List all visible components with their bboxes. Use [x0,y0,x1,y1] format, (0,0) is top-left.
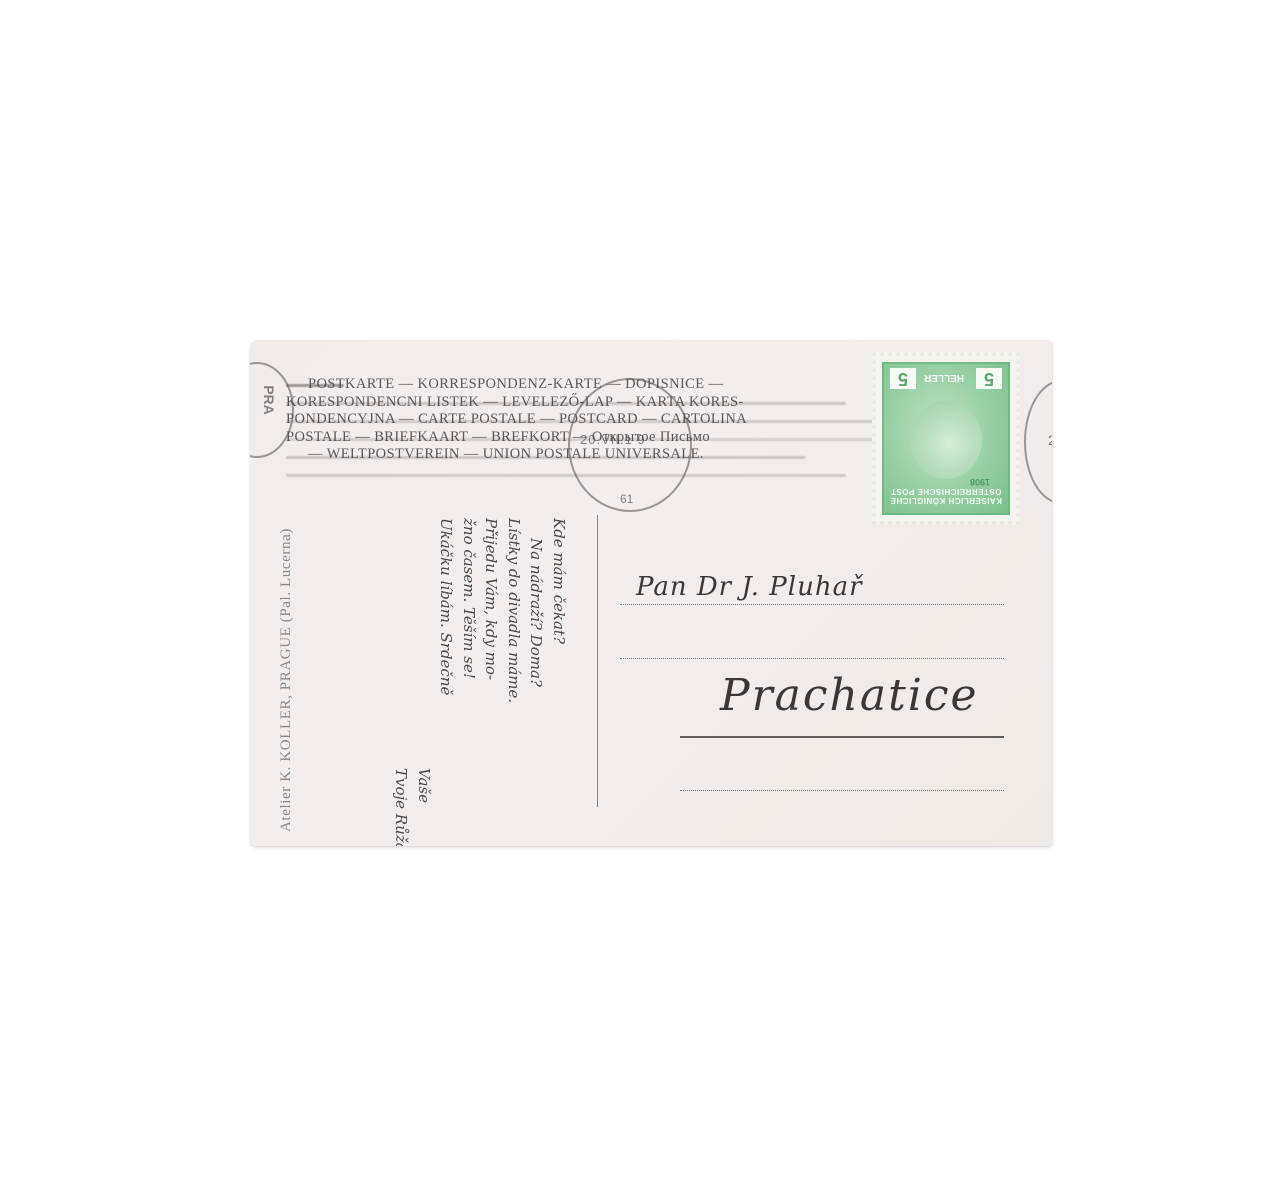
address-line [620,658,1004,659]
cancel-bar [286,456,806,459]
stamp-portrait-icon [910,401,982,479]
cancel-bar [286,402,846,405]
stamp-unit: HELLER [924,372,964,383]
recipient-city: Prachatice [720,670,979,721]
message-line: Lístky do divadla máme. [503,518,526,846]
postmark-middle: 20.VII.1 9 61 [568,378,692,512]
address-line [620,604,1004,605]
handwritten-message: Kde mám čekat? Na nádraží? Doma? Lístky … [390,518,570,846]
postmark-right-text: 2 [1048,432,1052,448]
recipient-name: Pan Dr J. Pluhař [636,572,863,602]
postmark-number: 61 [620,492,633,506]
cancel-bar [286,474,846,477]
postmark-right: 2 [1024,380,1052,504]
stamp-value: 5 [890,368,916,389]
address-line [680,790,1004,791]
cancel-bar [286,384,344,387]
stamp-country-text: KAISERLICH KÖNIGLICHE ÖSTERREICHISCHE PO… [890,487,1002,505]
postage-stamp: KAISERLICH KÖNIGLICHE ÖSTERREICHISCHE PO… [872,352,1020,525]
message-line: žno časem. Těším se! [458,518,481,846]
postmark-date: 20.VII.1 9 [580,432,646,447]
message-line: Kde mám čekat? [548,518,571,846]
header-line: POSTKARTE — KORRESPONDENZ-KARTE — DOPISN… [286,376,866,394]
message-line: Přijedu Vám, kdy mo- [480,518,503,846]
stamp-year: 1908 [970,477,990,487]
address-line [680,736,1004,738]
stamp-value: 5 [976,368,1002,389]
postcard: PRA POSTKARTE — KORRESPONDENZ-KARTE — DO… [250,340,1052,846]
center-divider [597,515,598,807]
postmark-left-text: PRA [261,385,277,415]
publisher-imprint: Atelier K. KOLLER, PRAGUE (Pal. Lucerna) [278,528,295,832]
message-line: Na nádraží? Doma? [525,518,548,846]
message-line: Tvoje Růža [390,518,413,846]
message-line: Ukáčku líbám. Srdečně [435,518,458,846]
message-line: Vaše [413,518,436,846]
